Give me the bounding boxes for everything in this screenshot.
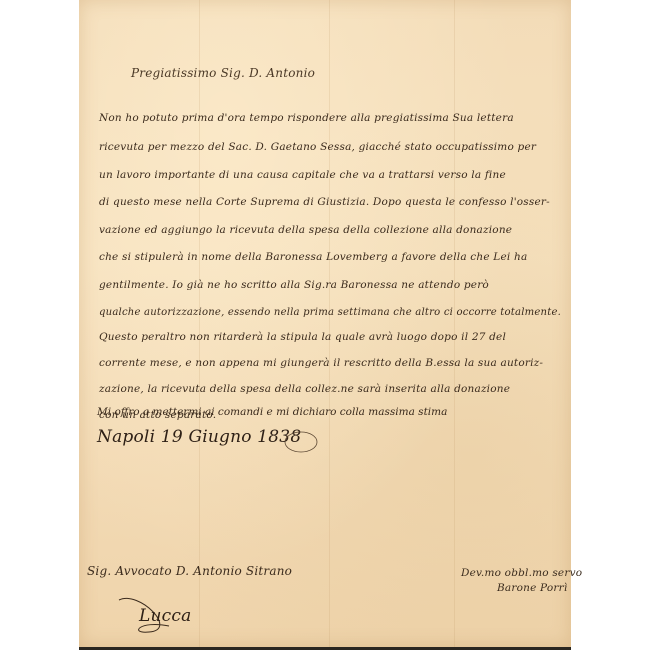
- body-line: un lavoro importante di una causa capita…: [99, 169, 506, 181]
- salutation: Pregiatissimo Sig. D. Antonio: [131, 66, 315, 80]
- body-line: che si stipulerà in nome della Baronessa…: [99, 251, 527, 263]
- body-line: Questo peraltro non ritarderà la stipula…: [99, 331, 506, 343]
- body-line: zazione, la ricevuta della spesa della c…: [99, 383, 510, 395]
- body-line: corrente mese, e non appena mi giungerà …: [99, 357, 543, 369]
- signoff: Dev.mo obbl.mo servo: [461, 567, 582, 579]
- letter-page: Pregiatissimo Sig. D. Antonio Non ho pot…: [79, 0, 571, 647]
- body-line: vazione ed aggiungo la ricevuta della sp…: [99, 224, 512, 236]
- signature: Barone Porrì: [497, 582, 567, 594]
- body-line: qualche autorizzazione, essendo nella pr…: [99, 306, 561, 318]
- dateline: Napoli 19 Giugno 1838: [97, 427, 301, 447]
- addressee: Sig. Avvocato D. Antonio Sitrano: [87, 564, 292, 578]
- paper-fold-line: [329, 0, 330, 647]
- body-line: ricevuta per mezzo del Sac. D. Gaetano S…: [99, 141, 536, 153]
- body-line: di questo mese nella Corte Suprema di Gi…: [99, 196, 550, 208]
- body-line: Non ho potuto prima d'ora tempo risponde…: [99, 112, 514, 124]
- body-line: gentilmente. Io già ne ho scritto alla S…: [99, 279, 489, 291]
- closing-line: Mi offro a mettermi ai comandi e mi dich…: [97, 406, 447, 418]
- paper-fold-line: [454, 0, 455, 647]
- paper-fold-line: [199, 0, 200, 647]
- destination-city: Lucca: [139, 606, 191, 626]
